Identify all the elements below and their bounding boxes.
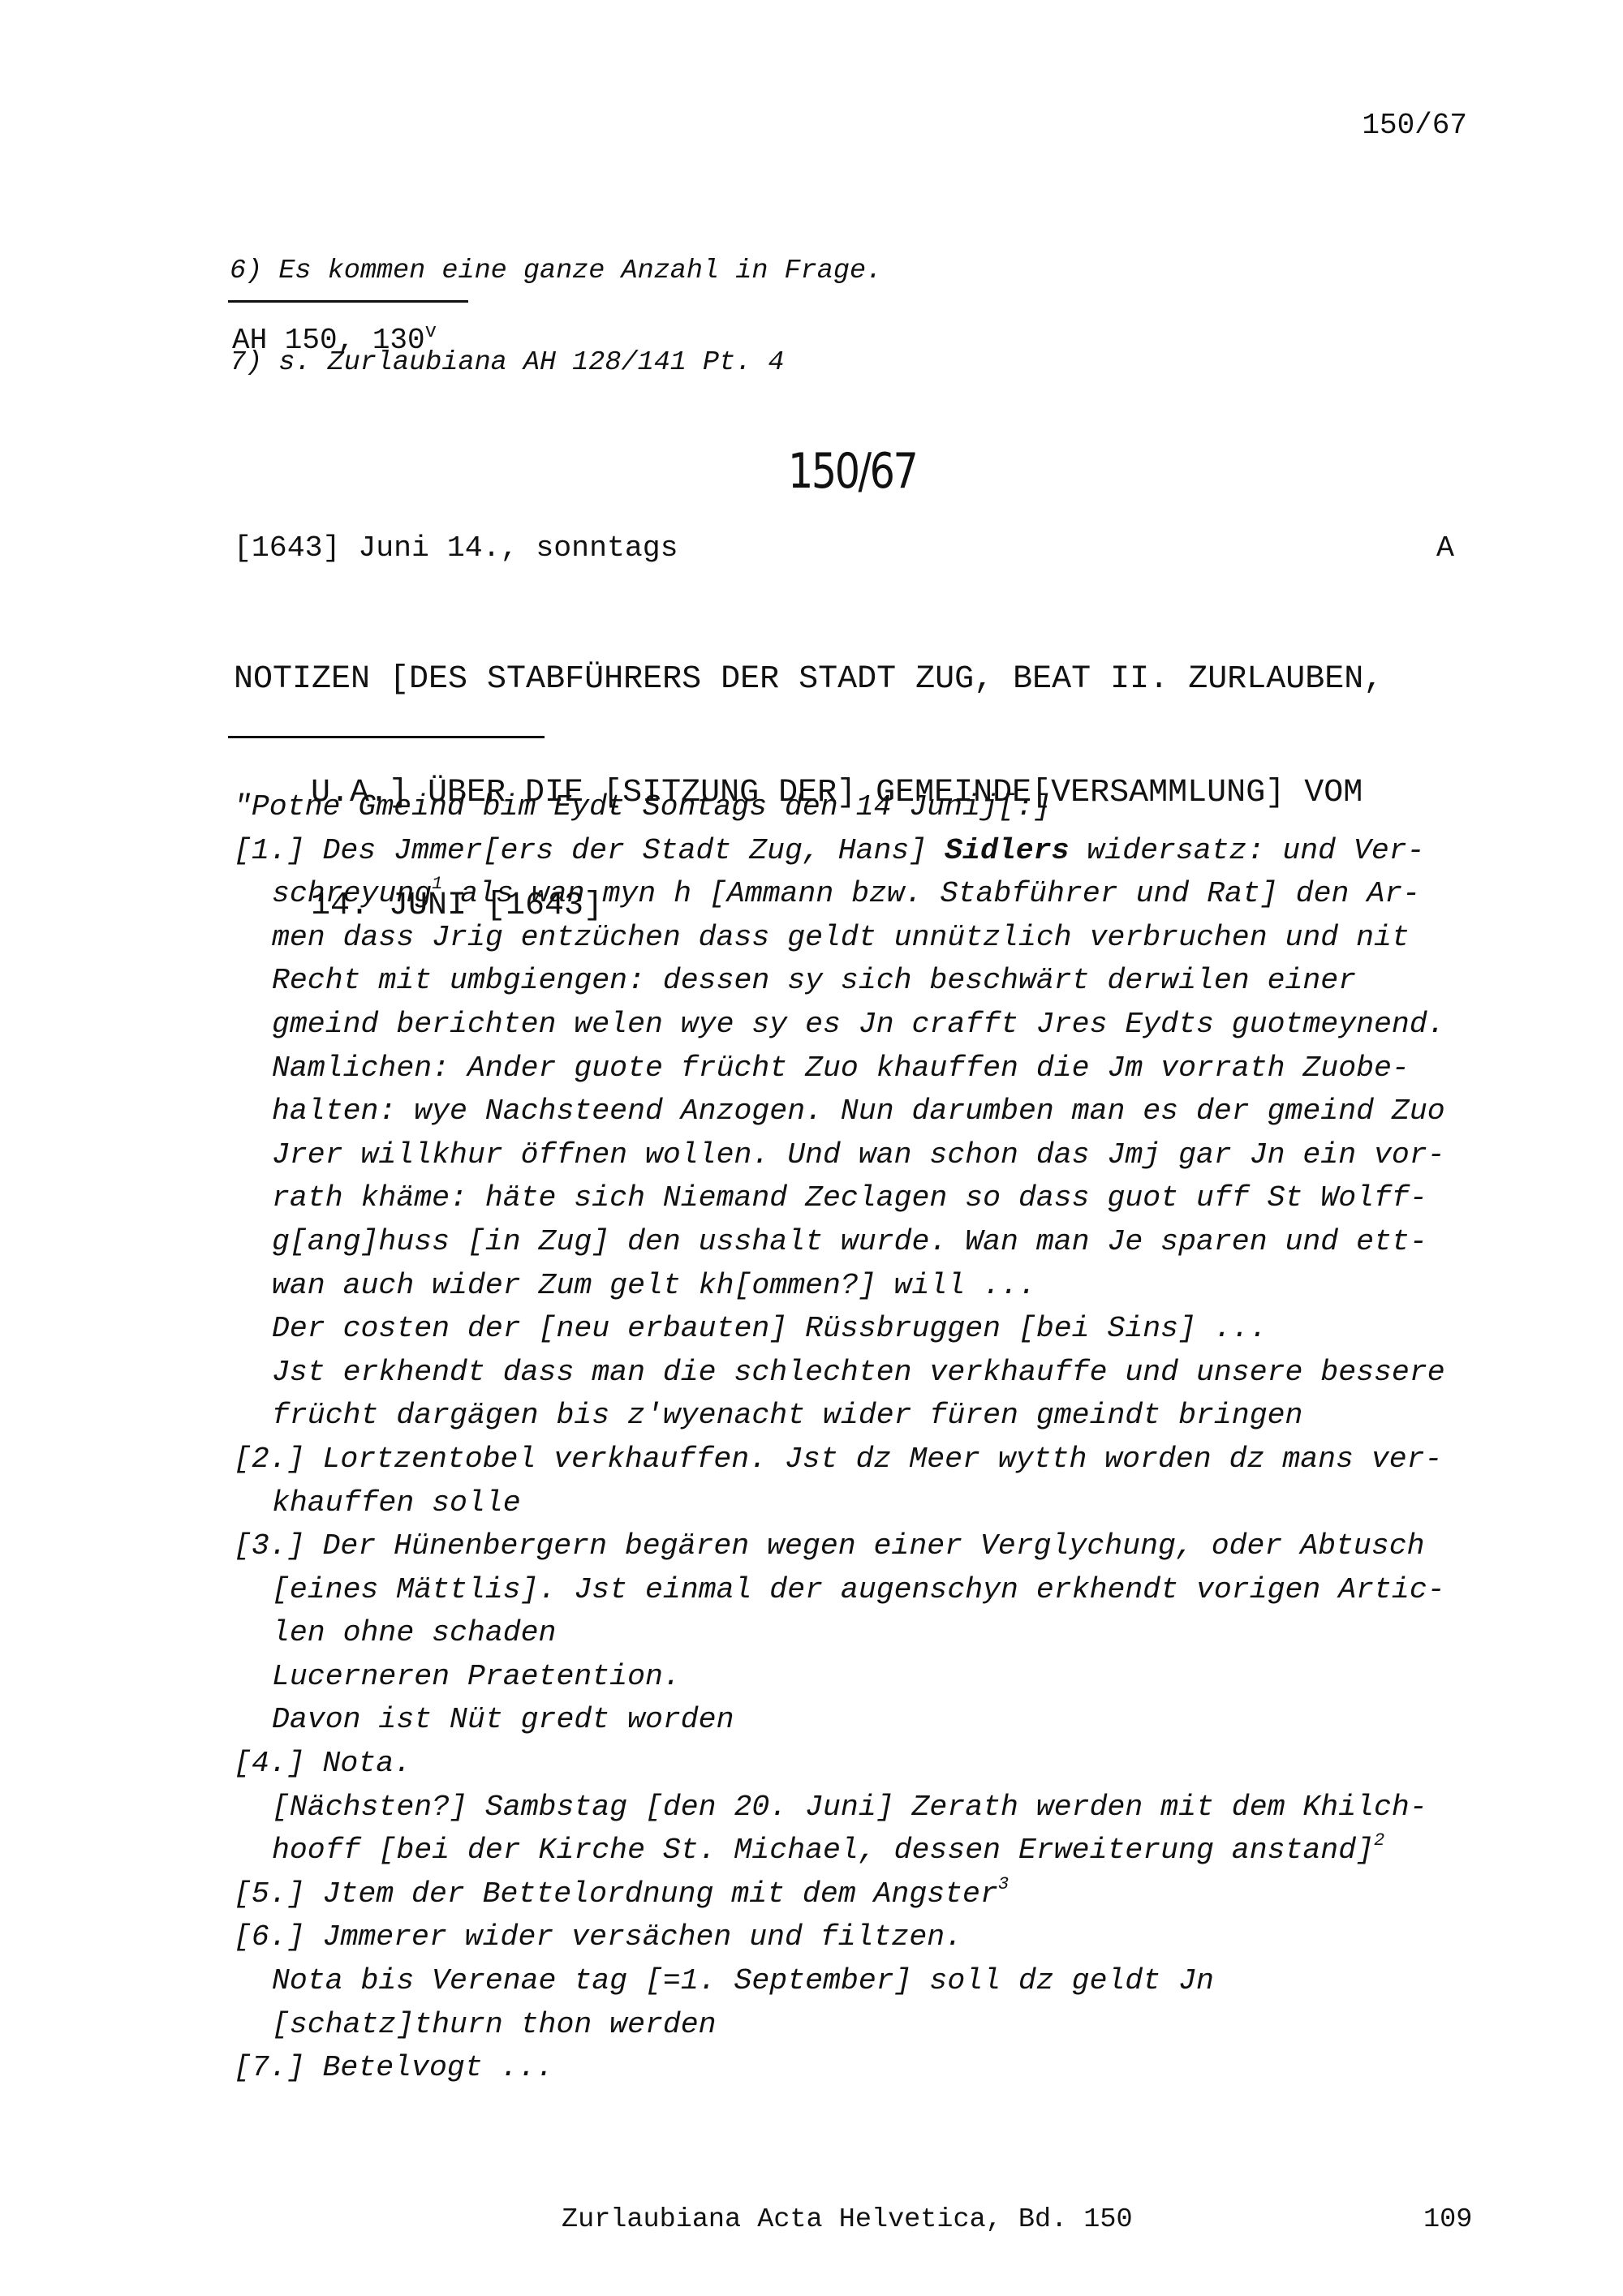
transcription-line: "Potne Gmeind bim Eydt Sontags den 14 Ju…	[234, 785, 1483, 829]
transcription-line: len ohne schaden	[234, 1611, 1483, 1655]
footnote-number: 6)	[230, 256, 262, 286]
footer-page-number: 109	[1423, 2204, 1472, 2236]
transcription-line: [schatz]thurn thon werden	[234, 2003, 1483, 2047]
transcription-line: [Nächsten?] Sambstag [den 20. Juni] Zera…	[234, 1786, 1483, 1829]
footnote-6: 6) Es kommen eine ganze Anzahl in Frage.	[230, 256, 882, 287]
footnote-divider	[228, 300, 468, 303]
footnote-text: Es kommen eine ganze Anzahl in Frage.	[278, 256, 882, 286]
transcription-line: [5.] Jtem der Bettelordnung mit dem Angs…	[234, 1872, 1483, 1916]
transcription-line: g[ang]huss [in Zug] den usshalt wurde. W…	[234, 1220, 1483, 1264]
transcription-line: men dass Jrig entzüchen dass geldt unnüt…	[234, 916, 1483, 960]
transcription-line: [4.] Nota.	[234, 1742, 1483, 1786]
transcription-line: [1.] Des Jmmer[ers der Stadt Zug, Hans] …	[234, 829, 1483, 873]
transcription-line: halten: wye Nachsteend Anzogen. Nun daru…	[234, 1090, 1483, 1133]
source-reference: AH 150, 130v	[232, 325, 437, 357]
transcription-line: Der costen der [neu erbauten] Rüssbrugge…	[234, 1307, 1483, 1351]
transcription-line: schreyung1 als wan myn h [Ammann bzw. St…	[234, 872, 1483, 916]
transcription-line: [2.] Lortzentobel verkhauffen. Jst dz Me…	[234, 1438, 1483, 1481]
footer-publication: Zurlaubiana Acta Helvetica, Bd. 150	[562, 2204, 1133, 2236]
transcription-line: Nota bis Verenae tag [=1. September] sol…	[234, 1959, 1483, 2003]
transcription-line: Davon ist Nüt gredt worden	[234, 1698, 1483, 1742]
footnote-marker: 1	[432, 874, 442, 894]
transcription-line: [eines Mättlis]. Jst einmal der augensch…	[234, 1568, 1483, 1612]
transcription-line: Recht mit umbgiengen: dessen sy sich bes…	[234, 959, 1483, 1003]
emphasized-name: Sidlers	[945, 834, 1069, 867]
footnote-marker: 3	[998, 1874, 1009, 1894]
transcription-line: Lucerneren Praetention.	[234, 1655, 1483, 1699]
document-type-marker: A	[1436, 532, 1454, 565]
source-ref-text: AH 150, 130	[232, 324, 425, 357]
transcription-line: frücht dargägen bis z'wyenacht wider für…	[234, 1394, 1483, 1438]
transcription-body: "Potne Gmeind bim Eydt Sontags den 14 Ju…	[234, 785, 1483, 2090]
transcription-line: [6.] Jmmerer wider versächen und filtzen…	[234, 1915, 1483, 1959]
heading-divider	[228, 736, 545, 738]
transcription-line: [3.] Der Hünenbergern begären wegen eine…	[234, 1524, 1483, 1568]
transcription-line: gmeind berichten welen wye sy es Jn craf…	[234, 1003, 1483, 1047]
document-number-title: 150/67	[153, 445, 1551, 498]
heading-line: NOTIZEN [DES STABFÜHRERS DER STADT ZUG, …	[234, 661, 1383, 699]
transcription-line: Jst erkhendt dass man die schlechten ver…	[234, 1351, 1483, 1395]
transcription-line: wan auch wider Zum gelt kh[ommen?] will …	[234, 1264, 1483, 1308]
transcription-line: khauffen solle	[234, 1481, 1483, 1525]
document-date: [1643] Juni 14., sonntags	[234, 532, 678, 565]
transcription-line: rath khäme: häte sich Niemand Zeclagen s…	[234, 1176, 1483, 1220]
transcription-line: hooff [bei der Kirche St. Michael, desse…	[234, 1829, 1483, 1872]
transcription-line: Namlichen: Ander guote frücht Zuo khauff…	[234, 1047, 1483, 1090]
transcription-line: Jrer willkhur öffnen wollen. Und wan sch…	[234, 1133, 1483, 1177]
transcription-line: [7.] Betelvogt ...	[234, 2046, 1483, 2090]
source-ref-verso-mark: v	[425, 321, 437, 343]
footnote-marker: 2	[1374, 1830, 1384, 1851]
running-header-page-ref: 150/67	[1362, 110, 1467, 142]
